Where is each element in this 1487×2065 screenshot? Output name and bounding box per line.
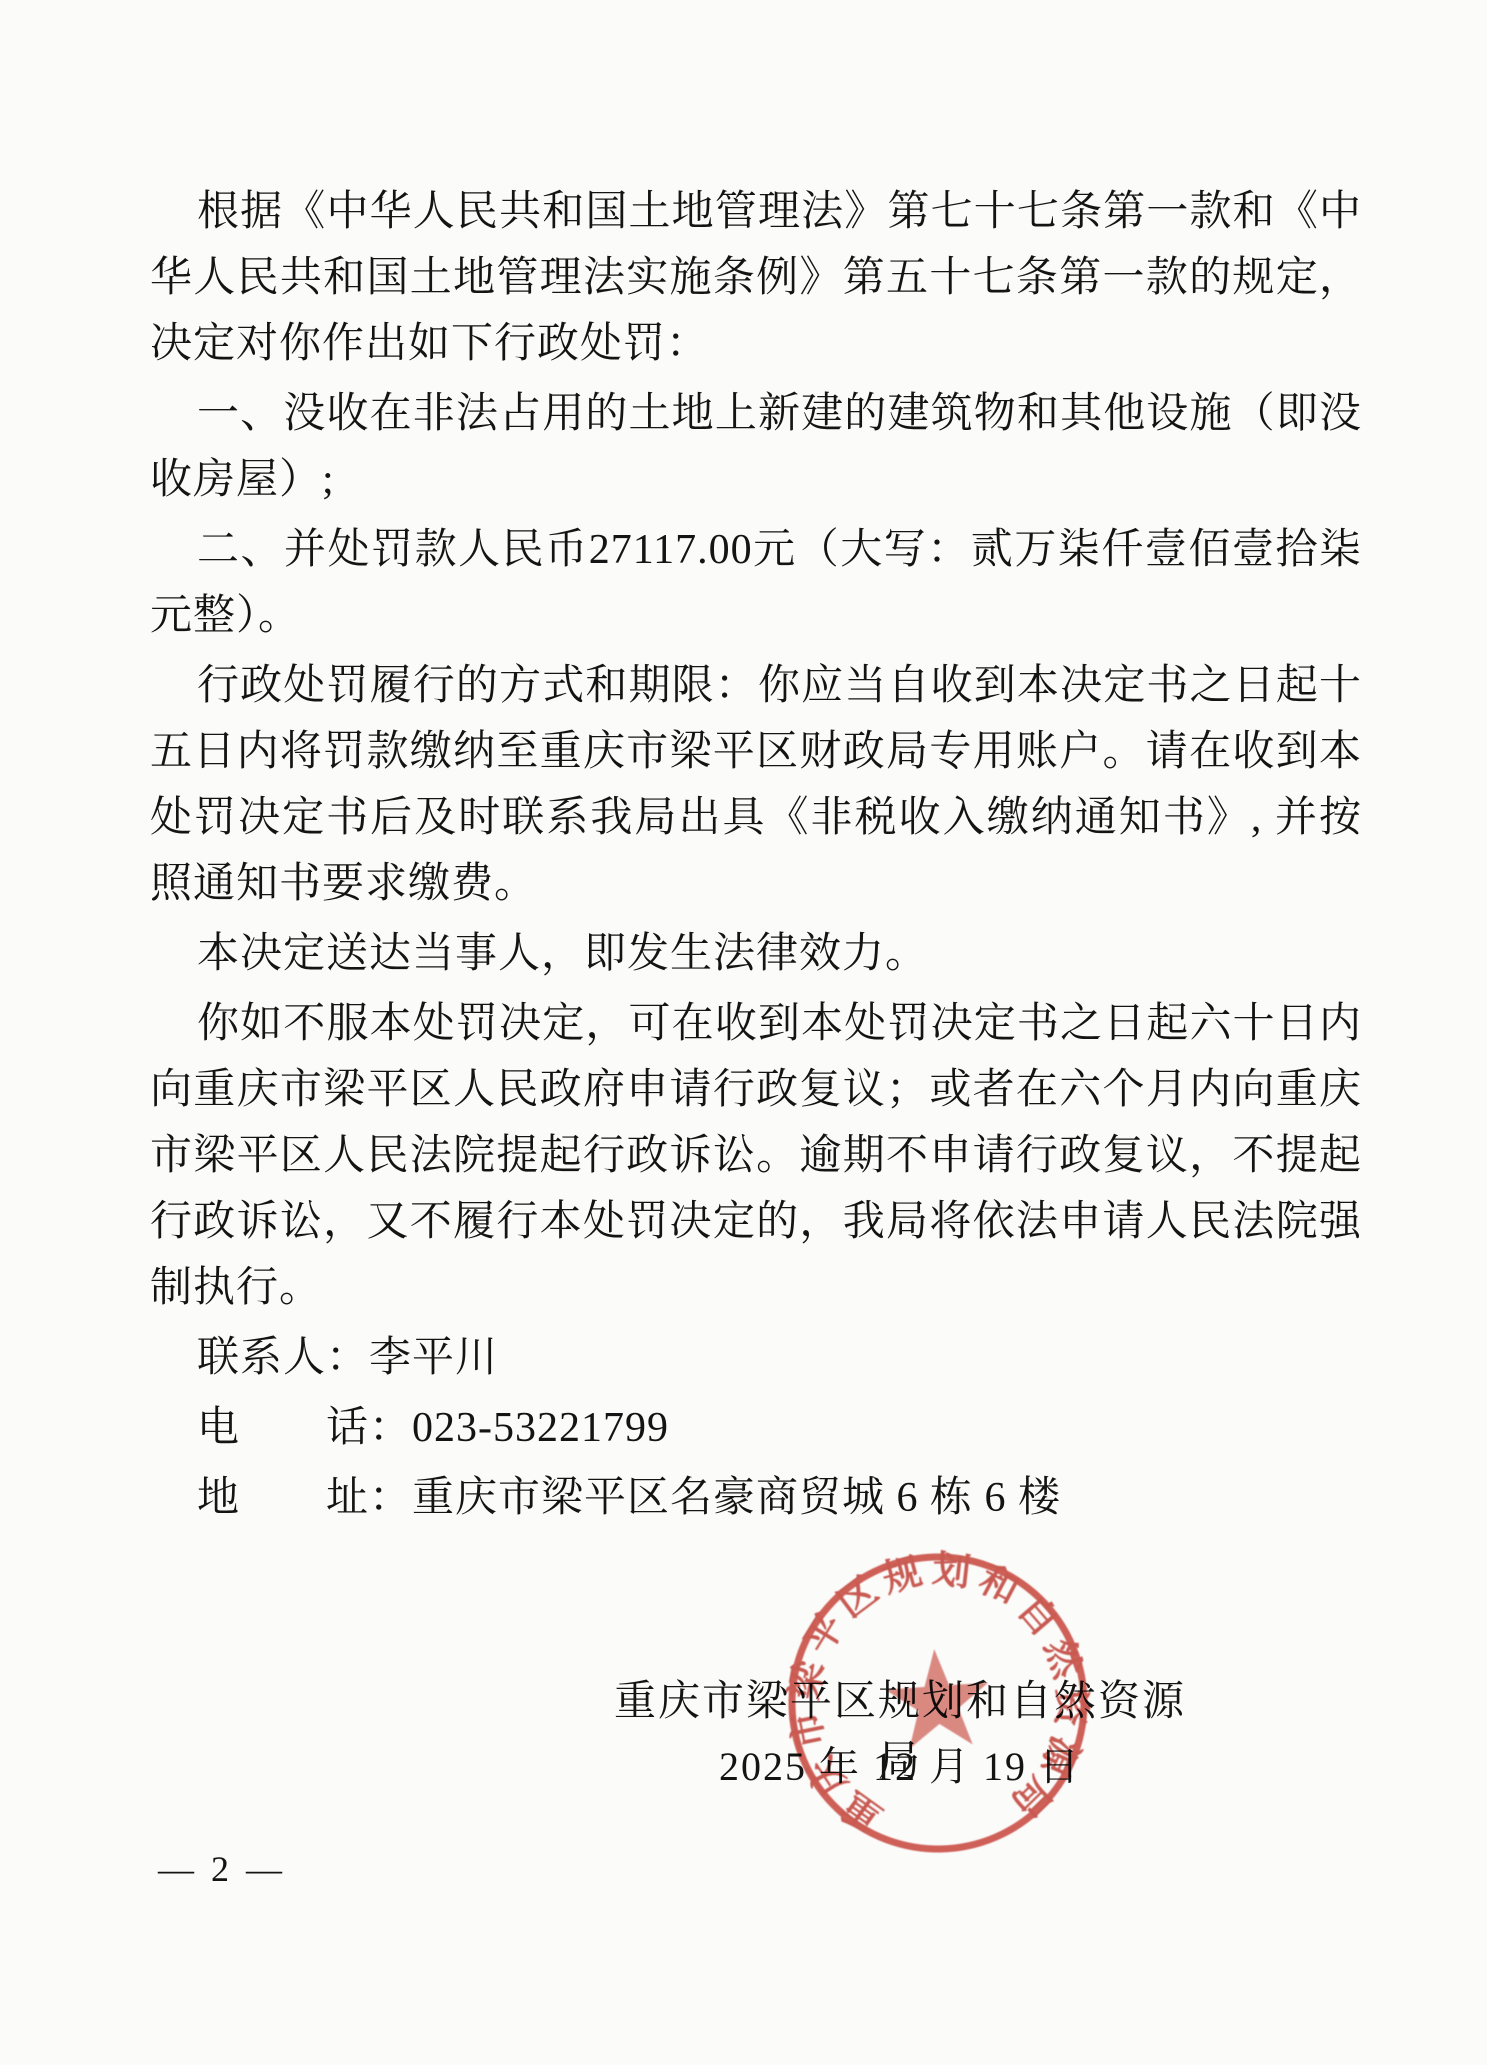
document-page: 根据《中华人民共和国土地管理法》第七十七条第一款和《中华人民共和国土地管理法实施… [0, 0, 1487, 2065]
page-number: — 2 — [158, 1848, 286, 1890]
paragraph-penalty-item-2: 二、并处罚款人民币27117.00元（大写：贰万柒仟壹佰壹拾柒元整）。 [150, 517, 1362, 649]
paragraph-payment-terms: 行政处罚履行的方式和期限：你应当自收到本决定书之日起十五日内将罚款缴纳至重庆市梁… [150, 653, 1362, 917]
paragraph-appeal-rights: 你如不服本处罚决定，可在收到本处罚决定书之日起六十日内向重庆市梁平区人民政府申请… [150, 991, 1362, 1321]
paragraph-penalty-item-1: 一、没收在非法占用的土地上新建的建筑物和其他设施（即没收房屋）; [150, 381, 1362, 513]
paragraph-contact-person: 联系人：李平川 [150, 1325, 1362, 1391]
official-seal-stamp-icon: 重庆市梁平区规划和自然资源局 [767, 1532, 1109, 1874]
paragraph-effectiveness: 本决定送达当事人，即发生法律效力。 [150, 921, 1362, 987]
paragraph-contact-address: 地 址：重庆市梁平区名豪商贸城 6 栋 6 楼 [150, 1465, 1362, 1531]
paragraph-contact-phone: 电 话：023-53221799 [150, 1395, 1362, 1461]
document-body: 根据《中华人民共和国土地管理法》第七十七条第一款和《中华人民共和国土地管理法实施… [150, 179, 1362, 1535]
paragraph-legal-basis: 根据《中华人民共和国土地管理法》第七十七条第一款和《中华人民共和国土地管理法实施… [150, 179, 1362, 377]
seal-star-icon [883, 1646, 992, 1751]
